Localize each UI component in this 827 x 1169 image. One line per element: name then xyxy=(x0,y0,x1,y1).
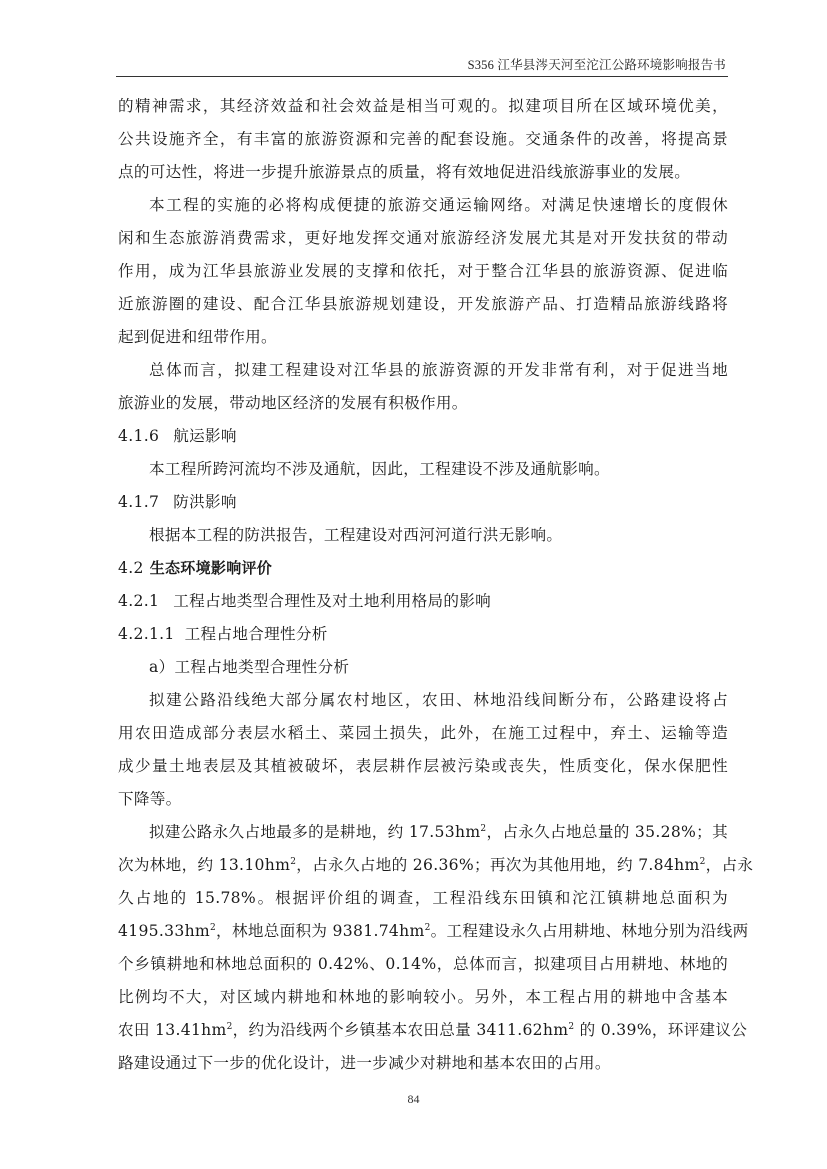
text-line: 旅游业的发展，带动地区经济的发展有积极作用。 xyxy=(118,387,728,420)
section-number: 4.2.1 xyxy=(118,585,159,618)
text-span: ，占永 xyxy=(706,856,754,874)
text-line: 农田 13.41hm2，约为沿线两个乡镇基本农田总量 3411.62hm2 的 … xyxy=(118,1014,728,1047)
text-span: 农田 13.41hm xyxy=(118,1021,227,1039)
section-number: 4.2.1.1 xyxy=(118,618,175,651)
text-line: 拟建公路永久占地最多的是耕地，约 17.53hm2，占永久占地总量的 35.28… xyxy=(118,816,728,849)
section-number: 4.2 xyxy=(118,559,144,577)
text-line: 点的可达性，将进一步提升旅游景点的质量，将有效地促进沿线旅游事业的发展。 xyxy=(118,156,728,189)
document-title: S356 江华县涔天河至沱江公路环境影响报告书 xyxy=(468,55,726,73)
text-line: 闲和生态旅游消费需求，更好地发挥交通对旅游经济发展尤其是对开发扶贫的带动 xyxy=(118,222,728,255)
section-heading-4-1-7: 4.1.7防洪影响 xyxy=(118,486,728,519)
text-line: 总体而言，拟建工程建设对江华县的旅游资源的开发非常有利，对于促进当地 xyxy=(118,354,728,387)
text-line: 久占地的 15.78%。根据评价组的调查，工程沿线东田镇和沱江镇耕地总面积为 xyxy=(118,882,728,915)
text-span: ，占永久占地总量的 35.28%；其 xyxy=(486,823,728,841)
text-line: 下降等。 xyxy=(118,783,728,816)
text-span: 的 0.39%，环评建议公 xyxy=(574,1021,747,1039)
section-heading-4-2: 4.2生态环境影响评价 xyxy=(118,552,728,585)
section-heading-4-2-1-1: 4.2.1.1工程占地合理性分析 xyxy=(118,618,728,651)
text-span: 。工程建设永久占用耕地、林地分别为沿线两 xyxy=(431,922,749,940)
text-line: 路建设通过下一步的优化设计，进一步减少对耕地和基本农田的占用。 xyxy=(118,1047,728,1080)
text-line: 本工程的实施的必将构成便捷的旅游交通运输网络。对满足快速增长的度假休 xyxy=(118,189,728,222)
section-title: 生态环境影响评价 xyxy=(150,559,272,577)
section-heading-4-2-1: 4.2.1工程占地类型合理性及对土地利用格局的影响 xyxy=(118,585,728,618)
text-line: 本工程所跨河流均不涉及通航，因此，工程建设不涉及通航影响。 xyxy=(118,453,728,486)
subsection-heading-a: a）工程占地类型合理性分析 xyxy=(118,651,728,684)
text-span: 4195.33hm xyxy=(118,922,210,940)
text-line: 比例均不大，对区域内耕地和林地的影响较小。另外，本工程占用的耕地中含基本 xyxy=(118,981,728,1014)
section-title: 工程占地合理性分析 xyxy=(185,625,328,643)
text-line: 成少量土地表层及其植被破坏，表层耕作层被污染或丧失，性质变化，保水保肥性 xyxy=(118,750,728,783)
text-span: ，占永久占地的 26.36%；再次为其他用地，约 7.84hm xyxy=(296,856,699,874)
text-line: 拟建公路沿线绝大部分属农村地区，农田、林地沿线间断分布，公路建设将占 xyxy=(118,684,728,717)
page-body: 的精神需求，其经济效益和社会效益是相当可观的。拟建项目所在区域环境优美， 公共设… xyxy=(118,90,728,1080)
section-number: 4.1.6 xyxy=(118,420,159,453)
section-number: 4.1.7 xyxy=(118,486,159,519)
text-line: 公共设施齐全，有丰富的旅游资源和完善的配套设施。交通条件的改善，将提高景 xyxy=(118,123,728,156)
section-title: 航运影响 xyxy=(173,427,237,445)
text-span: ，林地总面积为 9381.74hm xyxy=(216,922,425,940)
text-span: ，约为沿线两个乡镇基本农田总量 3411.62hm xyxy=(233,1021,569,1039)
text-line: 作用，成为江华县旅游业发展的支撑和依托，对于整合江华县的旅游资源、促进临 xyxy=(118,255,728,288)
page-number: 84 xyxy=(0,1092,827,1107)
text-span: 次为林地，约 13.10hm xyxy=(118,856,290,874)
section-title: 工程占地类型合理性及对土地利用格局的影响 xyxy=(173,592,491,610)
section-title: 防洪影响 xyxy=(173,493,237,511)
text-line: 根据本工程的防洪报告，工程建设对西河河道行洪无影响。 xyxy=(118,519,728,552)
text-line: 的精神需求，其经济效益和社会效益是相当可观的。拟建项目所在区域环境优美， xyxy=(118,90,728,123)
page-header: S356 江华县涔天河至沱江公路环境影响报告书 xyxy=(116,52,728,77)
section-heading-4-1-6: 4.1.6航运影响 xyxy=(118,420,728,453)
text-line: 4195.33hm2，林地总面积为 9381.74hm2。工程建设永久占用耕地、… xyxy=(118,915,728,948)
text-span: 拟建公路永久占地最多的是耕地，约 17.53hm xyxy=(149,823,480,841)
text-line: 近旅游圈的建设、配合江华县旅游规划建设，开发旅游产品、打造精品旅游线路将 xyxy=(118,288,728,321)
text-line: 次为林地，约 13.10hm2，占永久占地的 26.36%；再次为其他用地，约 … xyxy=(118,849,728,882)
text-line: 起到促进和纽带作用。 xyxy=(118,321,728,354)
text-line: 用农田造成部分表层水稻土、菜园土损失，此外，在施工过程中，弃土、运输等造 xyxy=(118,717,728,750)
text-line: 个乡镇耕地和林地总面积的 0.42%、0.14%，总体而言，拟建项目占用耕地、林… xyxy=(118,948,728,981)
